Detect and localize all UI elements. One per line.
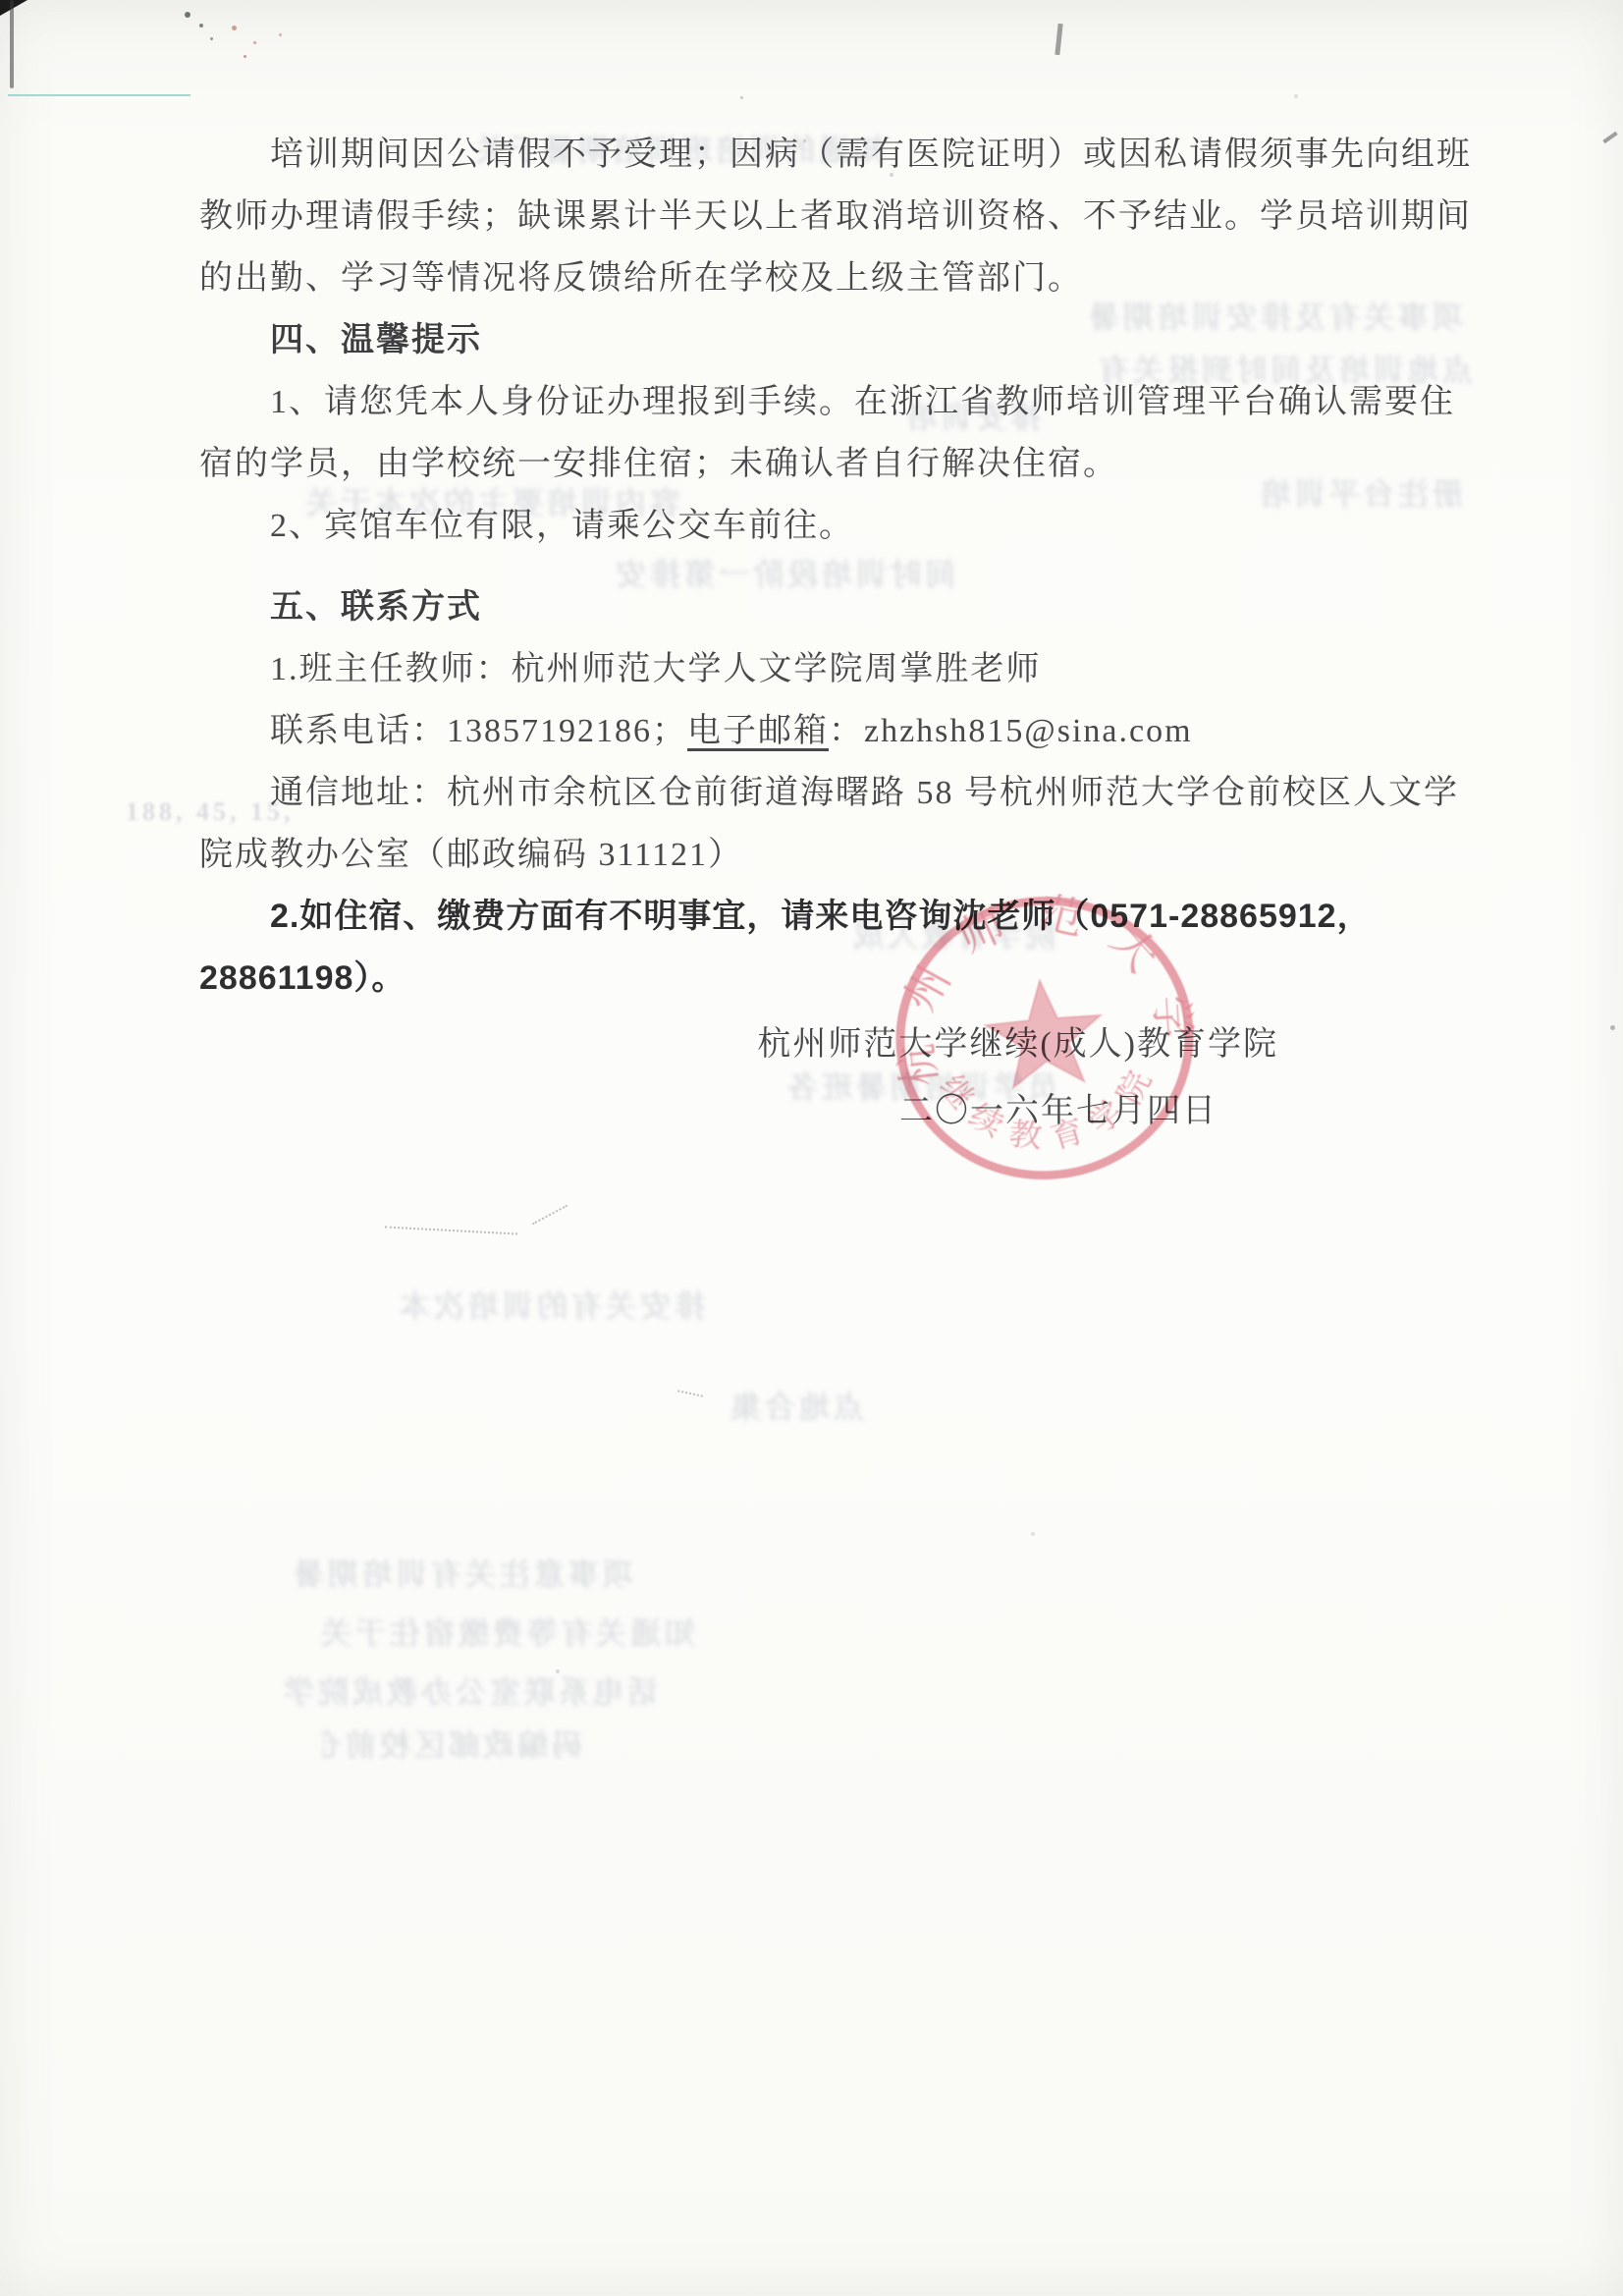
scan-tick-mark-right (1602, 132, 1617, 143)
paper-speck (210, 37, 213, 40)
tips-item-1-line-2: 宿的学员，由学校统一安排住宿；未确认者自行解决住宿。 (199, 433, 1468, 495)
bleedthrough-text: 话电系联室公办教成院学 (147, 1667, 658, 1711)
paper-speck (253, 41, 256, 44)
leave-policy-line-1: 培训期间因公请假不予受理；因病（需有医院证明）或因私请假须事先向组班 (199, 124, 1468, 186)
paper-speck (185, 12, 190, 18)
contact-phone-email-line: 联系电话：13857192186；电子邮箱：zhzhsh815@sina.com (199, 700, 1468, 762)
bleedthrough-text: 知通关有等费缴宿住于关 (145, 1609, 695, 1652)
scan-corner-mark (0, 0, 27, 16)
payment-inquiry-line-2: 28861198）。 (199, 948, 1468, 1010)
leave-policy-line-3: 的出勤、学习等情况将反馈给所在学校及上级主管部门。 (199, 247, 1468, 309)
email-address: ：zhzhsh815@sina.com (829, 713, 1193, 749)
paper-speck (1294, 94, 1298, 98)
pencil-mark (385, 1226, 517, 1234)
paper-speck (232, 26, 237, 30)
scan-tick-mark-top (1055, 24, 1062, 55)
bleedthrough-text: 项事意注关有训培期暑 (137, 1550, 633, 1593)
tips-item-1-line-1: 1、请您凭本人身份证办理报到手续。在浙江省教师培训管理平台确认需要住 (199, 371, 1468, 433)
bleedthrough-text: 码编政邮区校前仓 (322, 1721, 582, 1764)
paper-speck (199, 24, 203, 27)
scan-edge-smudge (10, 0, 14, 88)
paper-speck (243, 55, 246, 58)
payment-inquiry-line-1: 2.如住宿、缴费方面有不明事宜，请来电咨询沈老师（0571-28865912， (199, 886, 1468, 948)
paper-speck (279, 33, 282, 36)
paper-speck (740, 96, 743, 99)
paper-speck (556, 1669, 560, 1673)
seal-star-icon (982, 976, 1106, 1090)
phone-number-text: 联系电话：13857192186； (270, 713, 687, 749)
contact-section-heading: 五、联系方式 (199, 576, 1468, 638)
contact-teacher-line: 1.班主任教师：杭州师范大学人文学院周掌胜老师 (199, 638, 1468, 700)
scanned-notice-page: 知通的训培班训培期暑于关项事关有及排安训培期暑点地训培及间时到报关有排安训培容内… (0, 0, 1623, 2296)
bleedthrough-text: 排安关有的训培次本 (194, 1282, 705, 1325)
document-body: 培训期间因公请假不予受理；因病（需有医院证明）或因私请假须事先向组班 教师办理请… (199, 124, 1468, 1142)
tips-item-2: 2、宾馆车位有限，请乘公交车前往。 (199, 495, 1468, 557)
official-seal: 杭州师范大学 继续教育学院 (876, 877, 1213, 1200)
paper-speck (1031, 1532, 1035, 1536)
signature-organization: 杭州师范大学继续(成人)教育学院 (199, 1013, 1468, 1075)
tips-section-heading: 四、温馨提示 (199, 309, 1468, 371)
bleedthrough-text: 点地合集 (623, 1383, 864, 1426)
signature-date: 二〇一六年七月四日 (199, 1080, 1468, 1142)
pencil-mark (677, 1390, 703, 1396)
mailing-address-line-1: 通信地址：杭州市余杭区仓前街道海曙路 58 号杭州师范大学仓前校区人文学 (199, 762, 1468, 824)
pencil-mark (532, 1205, 568, 1226)
email-label: 电子邮箱 (687, 713, 829, 749)
scan-teal-line (8, 94, 190, 96)
scan-dot-right (1610, 1025, 1615, 1030)
leave-policy-line-2: 教师办理请假手续；缺课累计半天以上者取消培训资格、不予结业。学员培训期间 (199, 186, 1468, 247)
mailing-address-line-2: 院成教办公室（邮政编码 311121） (199, 824, 1468, 886)
